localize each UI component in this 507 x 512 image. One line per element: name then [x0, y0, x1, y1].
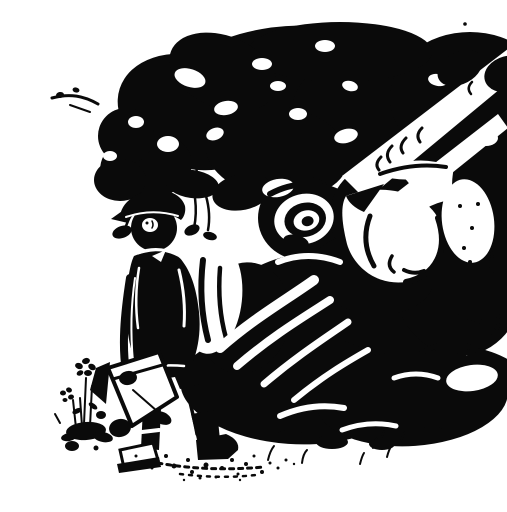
stray-dot: [463, 22, 467, 26]
left-sock: [142, 430, 159, 432]
ear-highlight: [142, 218, 158, 232]
satchel: [108, 352, 177, 428]
illustration: Black-and-white pen-and-ink book illustr…: [40, 16, 507, 496]
illustration-canvas: Black-and-white pen-and-ink book illustr…: [40, 16, 507, 496]
blossom: [74, 357, 97, 377]
